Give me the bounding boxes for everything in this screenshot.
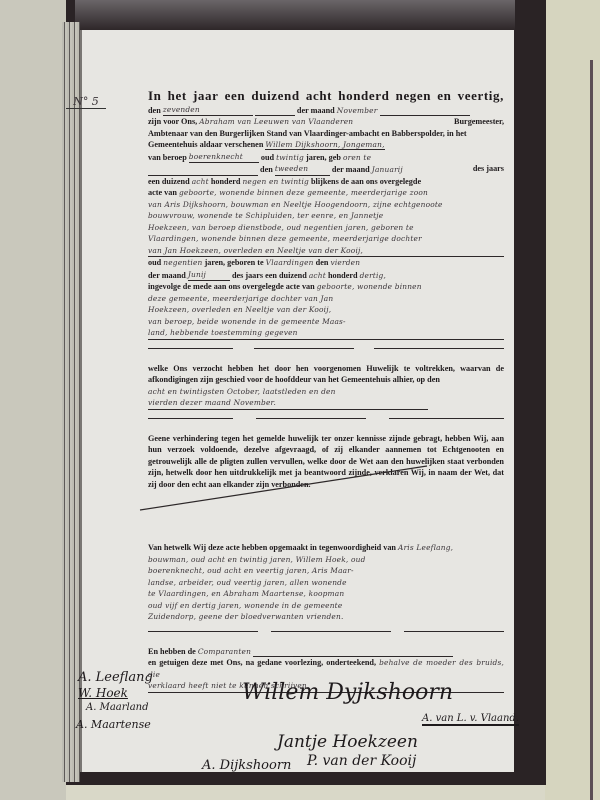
book-top-edge (75, 0, 515, 32)
page-stack-edge (62, 22, 80, 782)
strike-line (82, 30, 514, 772)
marriage-record: N° 5 In het jaar een duizend acht honder… (104, 90, 504, 693)
background-left (0, 0, 66, 800)
register-page: N° 5 In het jaar een duizend acht honder… (80, 30, 514, 772)
